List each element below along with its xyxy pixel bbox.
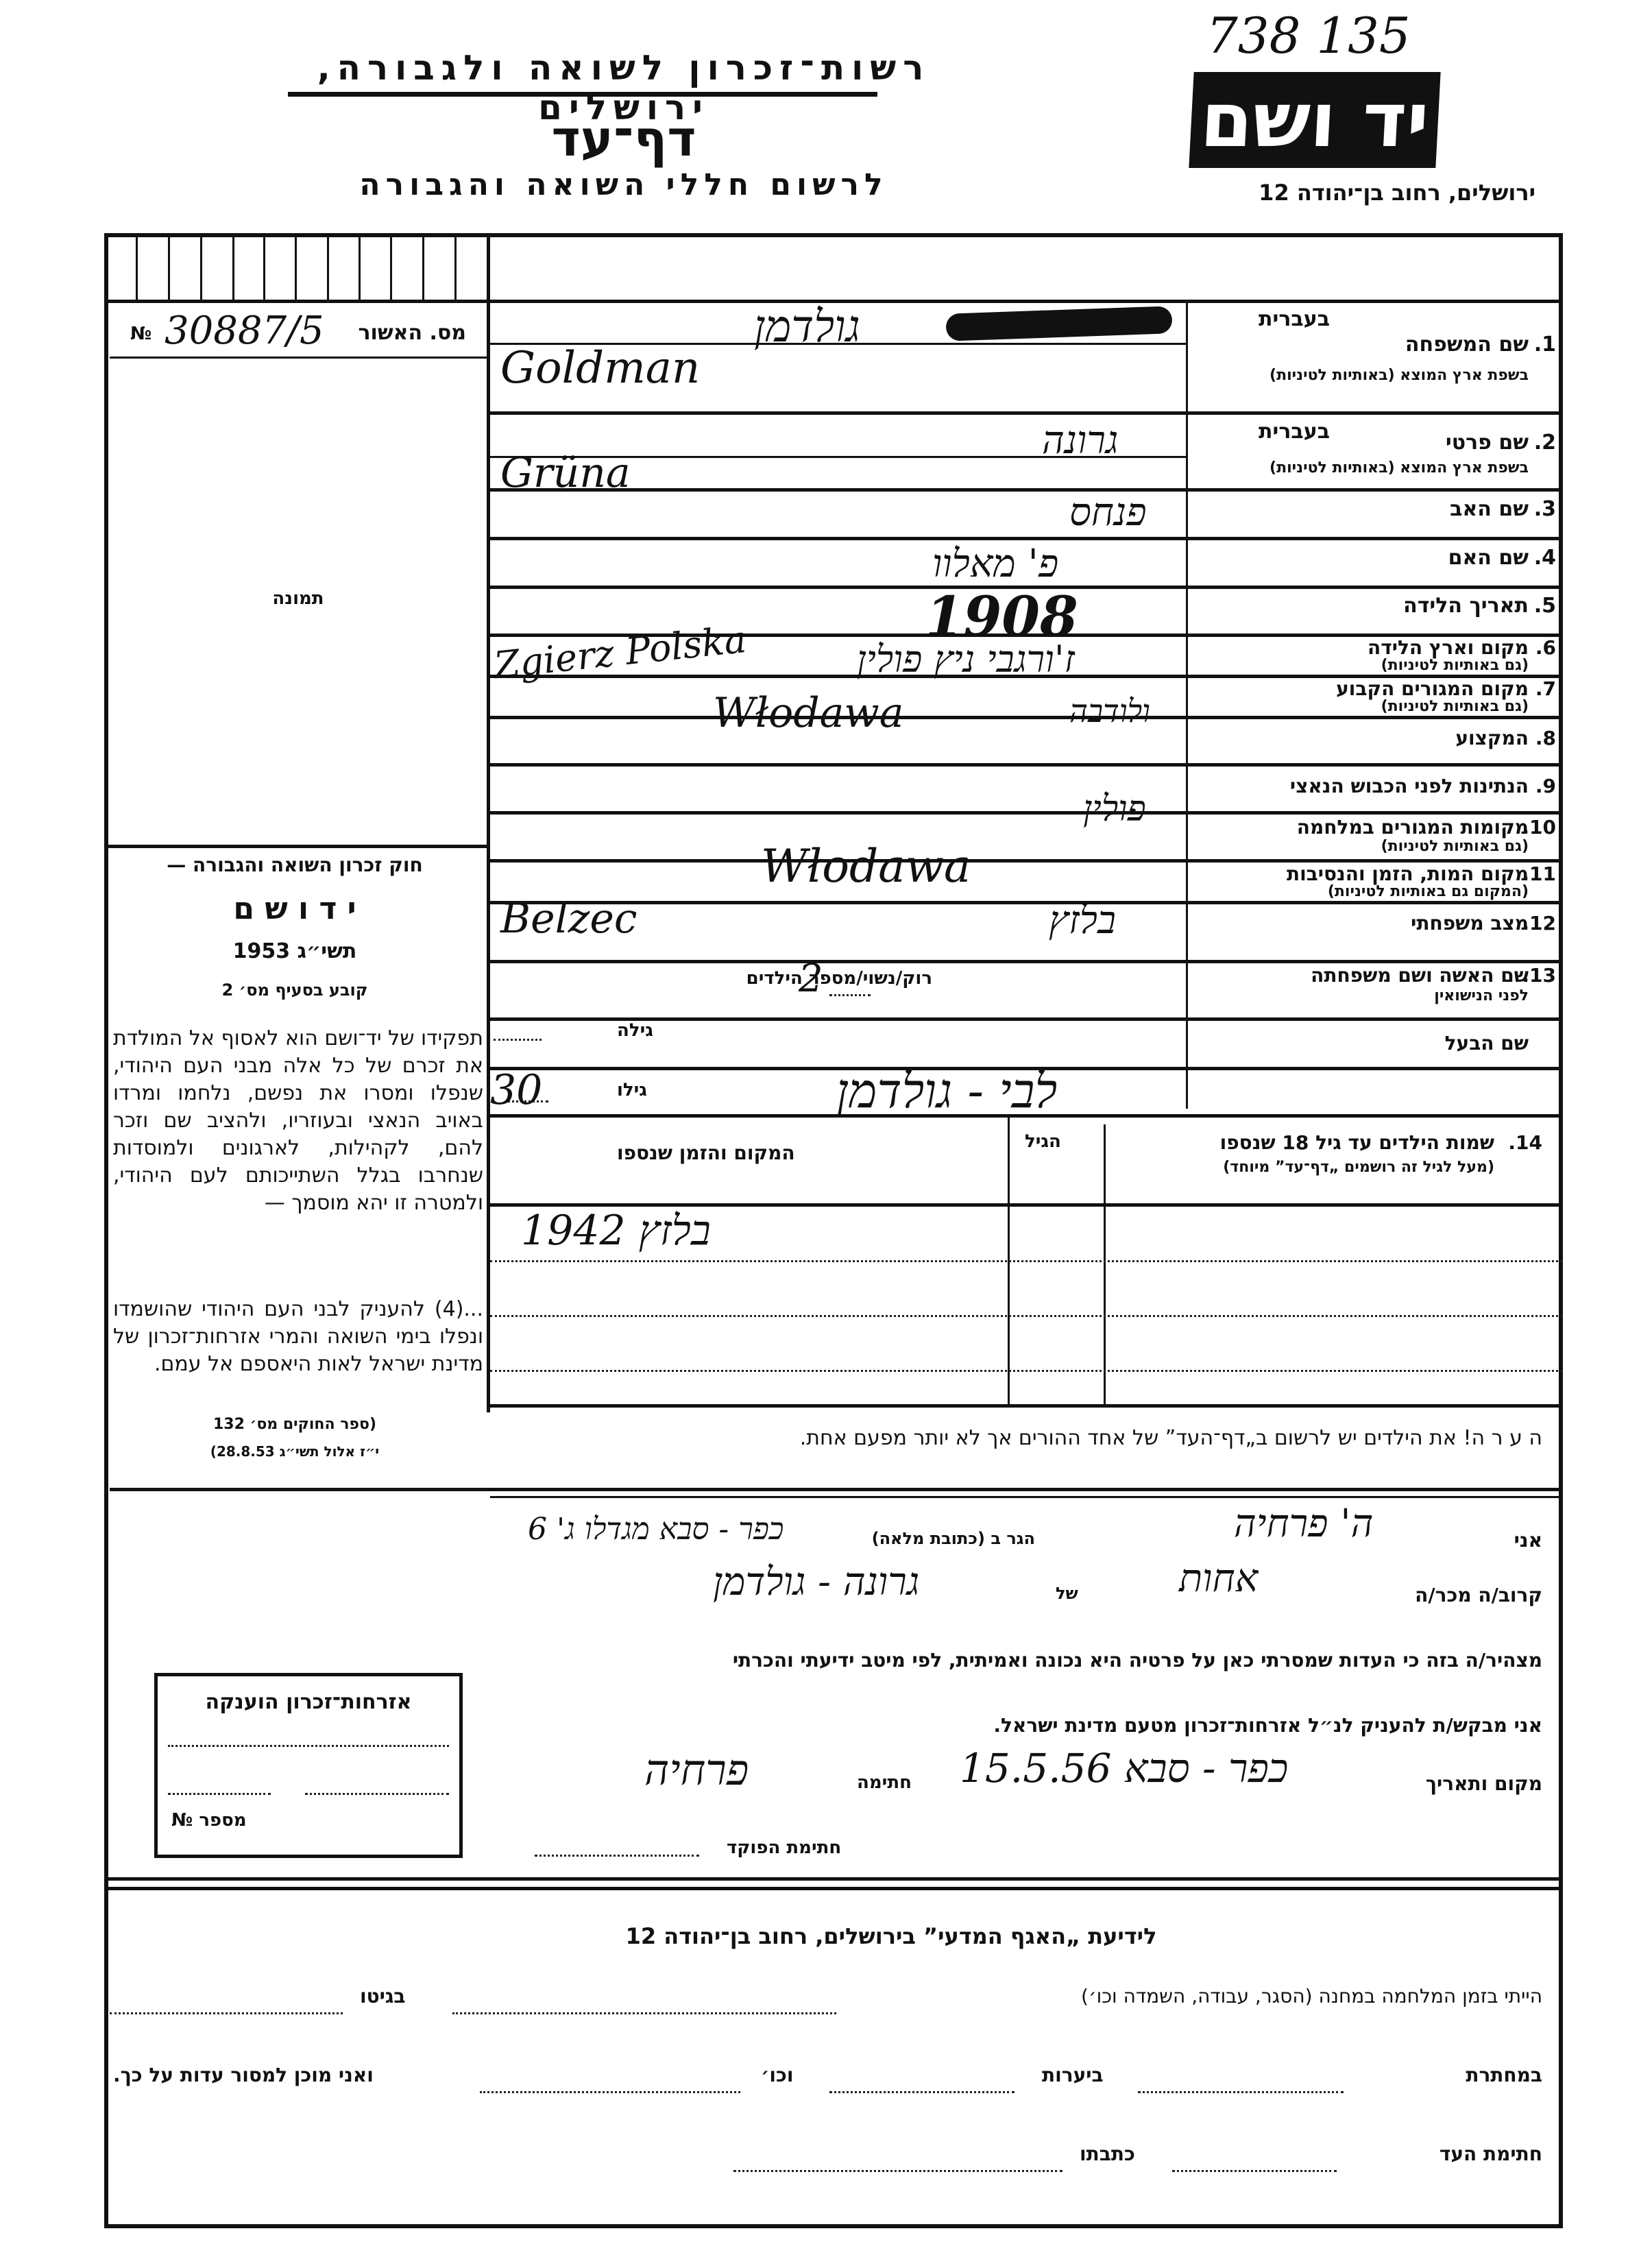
form-title: דף־עד [260,110,987,167]
code-cell-divider [136,233,138,300]
law-source: (ספר החוקים מס׳ 132 [117,1416,473,1433]
ghetto-field[interactable] [110,2012,343,2014]
children-row-line [490,1315,1563,1317]
firstname-latin-value[interactable]: Grüna [500,449,631,497]
row-line [490,411,1563,415]
row-line [490,537,1563,540]
approval-field[interactable]: № 30887/5 מס. האשור [123,309,480,350]
declarant-address-value[interactable]: כפר - סבא מגדלו ג' 6 [528,1512,784,1547]
note-bottom-line-2 [490,1496,1563,1498]
children-count-line [829,994,871,996]
code-cell-divider [454,233,457,300]
code-cell-divider [422,233,424,300]
citizenship-number-label: מספר № [171,1810,247,1831]
code-cell-divider [390,233,392,300]
nationality-value[interactable]: פולין [1083,788,1146,830]
declarant-name-value[interactable]: ה' פרחיה [1234,1502,1374,1546]
surname-latin-value[interactable]: Goldman [500,343,700,394]
code-cell-divider [168,233,170,300]
witness-address-field[interactable] [733,2170,1062,2172]
citizenship-title: אזרחות־זכרון הוענקה [158,1690,459,1714]
label-column-divider [1186,300,1188,1109]
residence-hebrew-value[interactable]: ולודבה [1069,692,1150,729]
relation-value[interactable]: אחות [1179,1556,1258,1601]
column-divider [487,233,490,1412]
children-table-top [490,1114,1563,1118]
camp-field[interactable] [452,2012,836,2014]
residence-latin-value[interactable]: Włodawa [713,689,904,737]
logo-text: יד ושם [1199,82,1431,158]
bottom-section-line-2 [104,1887,1563,1890]
code-cell-divider [359,233,361,300]
clerk-signature-line[interactable] [535,1855,699,1857]
wife-age-label: גילה [617,1020,653,1041]
row-line [490,901,1563,904]
forests-field[interactable] [829,2091,1015,2093]
declaration-line-4: אני מבקש/ת להעניק לנ״ל אזרחות־זכרון מטעם… [993,1714,1542,1737]
numero-sign: № [130,324,151,344]
marital-inline-label: רוק/נשוי/מספר הילדים [746,968,932,989]
husband-age-label: גילו [617,1080,647,1100]
row-line [490,763,1563,767]
row-line [490,811,1563,815]
note-text: ה ע ר ה! את הילדים יש לרשום ב„דף־העד” של… [800,1426,1542,1450]
photo-placeholder-label: תמונה [110,588,487,609]
place-date-value[interactable]: כפר - סבא 15.5.56 [960,1745,1288,1792]
approval-label: מס. האשור [359,321,467,345]
children-count-value[interactable]: 2 [799,956,823,1001]
header-rule [288,92,877,97]
citizenship-box: אזרחות־זכרון הוענקה מספר № [154,1673,463,1858]
code-cell-divider [327,233,329,300]
code-cell-divider [200,233,202,300]
code-cell-divider [295,233,297,300]
archive-number-annotation: 738 135 [1206,7,1411,64]
approval-underline [110,357,487,359]
row-line [104,845,490,848]
children-age-header: הגיל [1025,1131,1061,1152]
children-row-line [490,1260,1563,1262]
children-row-1-place[interactable]: 1942 בלזץ [521,1207,711,1255]
underground-field[interactable] [1138,2091,1344,2093]
note-top-line [490,1404,1563,1408]
mother-name-value[interactable]: פ' מאלוו [932,542,1058,586]
husband-name-value[interactable]: לבי - גולדמן [836,1063,1057,1120]
clerk-signature-label: חתימת הפוקד [727,1837,841,1858]
firstname-hebrew-value[interactable]: גרונה [1042,418,1118,463]
bottom-section-line [104,1877,1563,1881]
bottom-heading: לידיעת „האגף המדעי” בירושלים, רחוב בן־יה… [411,1923,1371,1949]
father-name-value[interactable]: פנחס [1069,490,1147,535]
law-name: י ד ו ש ם [117,891,473,926]
children-place-header: המקום והזמן שנספו [617,1142,795,1164]
code-cell-divider [232,233,234,300]
citizenship-line[interactable] [305,1793,449,1795]
form-subtitle: לרשום חללי השואה והגבורה [260,167,987,202]
law-year: תשי״ג 1953 [117,939,473,963]
surname-hebrew-value[interactable]: גולדמן [754,302,860,352]
row-line [490,716,1563,719]
death-place-hebrew-value[interactable]: בלזץ [1049,898,1116,943]
death-place-latin-value[interactable]: Belzec [500,895,637,943]
code-cell-divider [263,233,265,300]
law-body: תפקידו של יד־ושם הוא לאסוף אל המולדת את … [113,1025,483,1217]
row-line [490,488,1563,492]
signature-value[interactable]: פרחיה [644,1745,749,1796]
approval-number-value: 30887/5 [165,309,324,353]
victim-name-value[interactable]: גרונה - גולדמן [713,1560,919,1604]
law-clause: קובע בסעיף מס׳ 2 [117,980,473,1000]
husband-age-value[interactable]: 30 [490,1066,542,1114]
wartime-residence-value[interactable]: Włodawa [761,840,971,893]
children-num: 14. [1508,1131,1542,1154]
declaration-line-3: מצהיר/ה בזה כי העדות שמסרתי כאן על פרטיה… [733,1649,1542,1672]
law-date: י״ז אלול תשי״ג 28.8.53) [117,1443,473,1460]
citizenship-line[interactable] [168,1745,449,1747]
other-field[interactable] [480,2091,740,2093]
yad-vashem-logo: יד ושם [1189,72,1440,168]
birthplace-hebrew-value[interactable]: ז'ורגבי ניץ פולין [857,638,1075,681]
children-row-line [490,1370,1563,1372]
row-line [490,960,1563,963]
header-address: ירושלים, רחוב בן־יהודה 12 [1165,180,1535,206]
note-bottom-line [110,1488,1563,1491]
law-body-clause-4: ...(4) להעניק לבני העם היהודי שהושמדו ונ… [113,1296,483,1378]
witness-signature-field[interactable] [1172,2170,1337,2172]
children-sub: (מעל לגיל זה רושמים „דף־עד” מיוחד) [1223,1159,1494,1176]
children-label: שמות הילדים עד גיל 18 שנספו [1220,1131,1494,1154]
wife-age-line[interactable] [494,1039,542,1041]
children-name-divider [1104,1124,1106,1406]
citizenship-line[interactable] [168,1793,271,1795]
law-heading: חוק זכרון השואה והגבורה — [117,854,473,876]
